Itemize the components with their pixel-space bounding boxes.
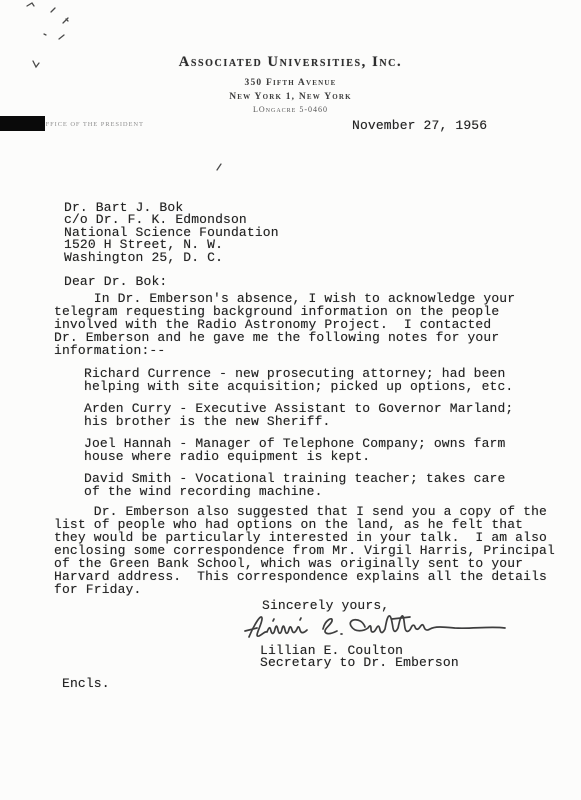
letterhead-street-address: 350 Fifth Avenue xyxy=(0,78,581,88)
enclosure-notation: Encls. xyxy=(62,677,110,690)
note-line: house where radio equipment is kept. xyxy=(84,450,513,463)
letter-page: Associated Universities, Inc. 350 Fifth … xyxy=(0,0,581,800)
notes-list: Richard Currence - new prosecuting attor… xyxy=(84,367,513,507)
recipient-line: Washington 25, D. C. xyxy=(64,252,279,264)
office-of-president-line: OFFICE OF THE PRESIDENT xyxy=(40,121,144,128)
note-line: his brother is the new Sheriff. xyxy=(84,415,513,428)
letterhead-org-name: Associated Universities, Inc. xyxy=(0,54,581,71)
note-richard-currence: Richard Currence - new prosecuting attor… xyxy=(84,367,513,393)
body-line: information:-- xyxy=(54,344,515,357)
note-line: helping with site acquisition; picked up… xyxy=(84,380,513,393)
letterhead-phone: LOngacre 5-0460 xyxy=(0,105,581,114)
note-line: of the wind recording machine. xyxy=(84,485,513,498)
redaction-bar xyxy=(0,116,45,131)
note-joel-hannah: Joel Hannah - Manager of Telephone Compa… xyxy=(84,437,513,463)
letterhead-city-address: New York 1, New York xyxy=(0,92,581,102)
body-paragraph-2: Dr. Emberson also suggested that I send … xyxy=(54,505,555,596)
note-david-smith: David Smith - Vocational training teache… xyxy=(84,472,513,498)
body-paragraph-1: In Dr. Emberson's absence, I wish to ack… xyxy=(54,292,515,357)
recipient-address-block: Dr. Bart J. Bok c/o Dr. F. K. Edmondson … xyxy=(64,202,279,264)
note-arden-curry: Arden Curry - Executive Assistant to Gov… xyxy=(84,402,513,428)
salutation: Dear Dr. Bok: xyxy=(64,275,167,288)
date-line: November 27, 1956 xyxy=(352,119,487,132)
body-line: for Friday. xyxy=(54,583,555,596)
signer-title: Secretary to Dr. Emberson xyxy=(260,656,459,669)
